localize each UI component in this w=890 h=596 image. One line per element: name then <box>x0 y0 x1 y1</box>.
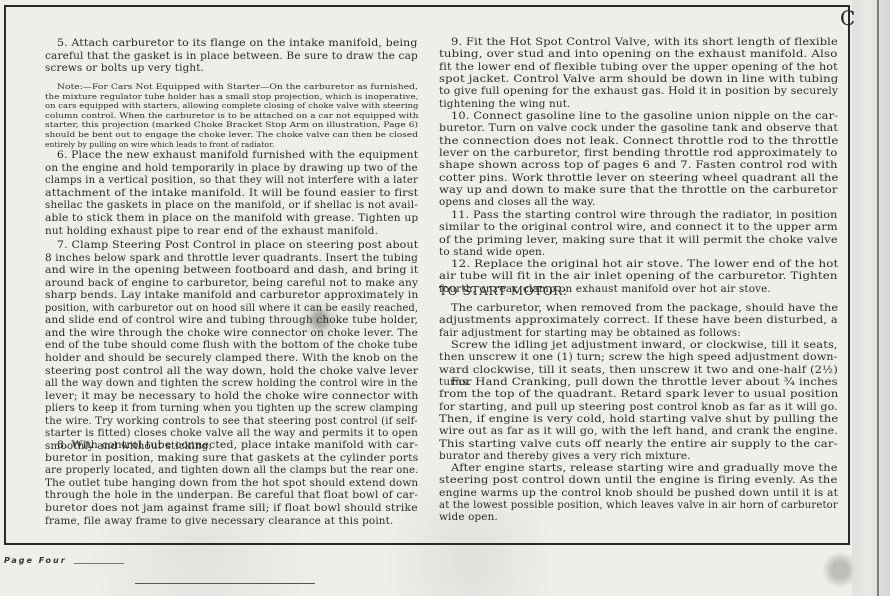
step6-line: shellac the gaskets in place on the mani… <box>45 199 418 211</box>
step8-line: buretor in position, making sure that ga… <box>45 452 418 464</box>
page-edge-line <box>877 0 879 596</box>
step11-line: similar to the original control wire, an… <box>439 221 838 233</box>
note-line: column control. When the carburetor is t… <box>45 111 418 120</box>
step10-line: cotter pins. Work throttle lever on stee… <box>439 172 839 184</box>
note-line: entirely by pulling on wire which leads … <box>45 140 274 149</box>
step7-line: sharp bends. Lay intake manifold and car… <box>45 289 418 301</box>
bottom-rule <box>135 583 315 584</box>
step6-line: able to stick them in place on the manif… <box>45 212 418 224</box>
start_p4-line: engine warms up the control knob should … <box>439 487 838 499</box>
section-heading-to-start-motor: TO START MOTOR: <box>439 285 568 297</box>
note-line: starter, this projection (marked Choke B… <box>45 120 418 129</box>
page-number-footer: Page Four <box>4 556 67 565</box>
start_p3-line: This starting valve cuts off nearly the … <box>439 438 838 450</box>
step6-line: clamps in a vertical position, so that t… <box>45 174 418 186</box>
note-line: should be bent out to engage the choke l… <box>45 130 418 139</box>
step9-line: spot jacket. Control Valve arm should be… <box>439 73 838 85</box>
page-edge-strip <box>852 0 890 596</box>
step9-line: to give full opening for the exhaust gas… <box>439 85 838 97</box>
step8-line: are properly located, and tighten down a… <box>45 464 418 476</box>
start_p3-line: burator and thereby gives a very rich mi… <box>439 450 691 462</box>
step5-line: 5. Attach carburetor to its flange on th… <box>57 37 418 49</box>
step9-line: 9. Fit the Hot Spot Control Valve, with … <box>451 36 838 48</box>
step7-line: starter is fitted) closes choke valve al… <box>45 427 418 439</box>
step7-line: lever; it may be necessary to hold the c… <box>45 390 418 402</box>
step8-line: frame, file away frame to give necessary… <box>45 515 393 527</box>
start_p3-line: from the top of the quadrant. Retard spa… <box>439 388 838 400</box>
scanned-page: C 5. Attach carburetor to its flange on … <box>0 0 890 596</box>
step9-line: tubing, over stud and into opening on th… <box>439 48 837 60</box>
step9-line: tightening the wing nut. <box>439 98 570 110</box>
note-line: Note:—For Cars Not Equipped with Starter… <box>57 82 418 91</box>
step6-line: nut holding exhaust pipe to rear end of … <box>45 225 378 237</box>
start_p3-line: For Hand Cranking, pull down the throttl… <box>451 376 838 388</box>
start_p2-line: Screw the idling jet adjustment inward, … <box>451 339 838 351</box>
step7-line: position, with carburetor out on hood si… <box>45 302 418 314</box>
step7-line: all the way down and tighten the screw h… <box>45 377 418 389</box>
step10-line: shape shown across top of pages 6 and 7.… <box>439 159 838 171</box>
step12-line: 12. Replace the original hot air stove. … <box>451 258 838 270</box>
step6-line: on the engine and hold temporarily in pl… <box>45 162 418 174</box>
footer-rule <box>74 563 124 564</box>
start_p4-line: After engine starts, release starting wi… <box>451 462 838 474</box>
step10-line: way up and down to make sure that the th… <box>439 184 838 196</box>
step11-line: of the priming lever, making sure that i… <box>439 234 838 246</box>
step5-line: careful that the gasket is in place betw… <box>45 50 418 62</box>
start_p3-line: Then, if engine is very cold, hold start… <box>439 413 838 425</box>
step7-line: and the wire through the choke wire conn… <box>45 327 418 339</box>
step10-line: buretor. Turn on valve cock under the ga… <box>439 122 838 134</box>
corner-mark: C <box>840 6 855 30</box>
start_p2-line: ward clockwise, till it seats, then unsc… <box>439 364 838 376</box>
step10-line: opens and closes all the way. <box>439 196 595 208</box>
step6-line: 6. Place the new exhaust manifold furnis… <box>57 149 418 161</box>
step7-line: steering post control all the way down, … <box>45 365 418 377</box>
start_p1-line: adjustments approximately correct. If th… <box>439 314 838 326</box>
start_p4-line: steering post control down until the eng… <box>439 474 837 486</box>
start_p1-line: The carburetor, when removed from the pa… <box>451 302 838 314</box>
step8-line: through the hole in the underpan. Be car… <box>45 489 418 501</box>
step6-line: attachment of the intake manifold. It wi… <box>45 187 418 199</box>
start_p3-line: for starting, and pull up steering post … <box>439 401 838 413</box>
start_p4-line: at the lowest possible position, which l… <box>439 499 838 511</box>
step7-line: end of the tube should come flush with t… <box>45 339 418 351</box>
step7-line: holder and should be securely clamped th… <box>45 352 418 364</box>
step11-line: 11. Pass the starting control wire throu… <box>451 209 838 221</box>
step7-line: and wire in the opening between footboar… <box>45 264 418 276</box>
start_p3-line: wire out as far as it will go, with the … <box>439 425 838 437</box>
step10-line: the connection does not leak. Connect th… <box>439 135 839 147</box>
step7-line: and slide end of control wire and tubing… <box>45 314 418 326</box>
step8-line: buretor does not jam against frame sill;… <box>45 502 418 514</box>
step7-line: around back of engine to carburetor, bei… <box>45 277 418 289</box>
start_p2-line: then unscrew it one (1) turn; screw the … <box>439 351 838 363</box>
step9-line: fit the lower end of flexible tubing ove… <box>439 61 838 73</box>
step7-line: 8 inches below spark and throttle lever … <box>45 252 418 264</box>
step11-line: to stand wide open. <box>439 246 545 258</box>
note-line: on cars equipped with starters, allowing… <box>45 101 418 110</box>
note-line: the mixture regulator tube holder has a … <box>45 92 419 101</box>
step7-line: pliers to keep it from turning when you … <box>45 402 418 414</box>
step8-line: The outlet tube hanging down from the ho… <box>45 477 418 489</box>
step8-line: 8. With control tube connected, place in… <box>57 439 418 451</box>
step7-line: 7. Clamp Steering Post Control in place … <box>57 239 418 251</box>
step10-line: 10. Connect gasoline line to the gasolin… <box>451 110 838 122</box>
start_p1-line: fair adjustment for starting may be obta… <box>439 327 741 339</box>
step7-line: the wire. Try working controls to see th… <box>45 415 418 427</box>
start_p4-line: wide open. <box>439 511 498 523</box>
step10-line: lever on the carburetor, first bending t… <box>439 147 837 159</box>
step12-line: air tube will fit in the air inlet openi… <box>439 270 838 282</box>
step5-line: screws or bolts up very tight. <box>45 62 204 74</box>
